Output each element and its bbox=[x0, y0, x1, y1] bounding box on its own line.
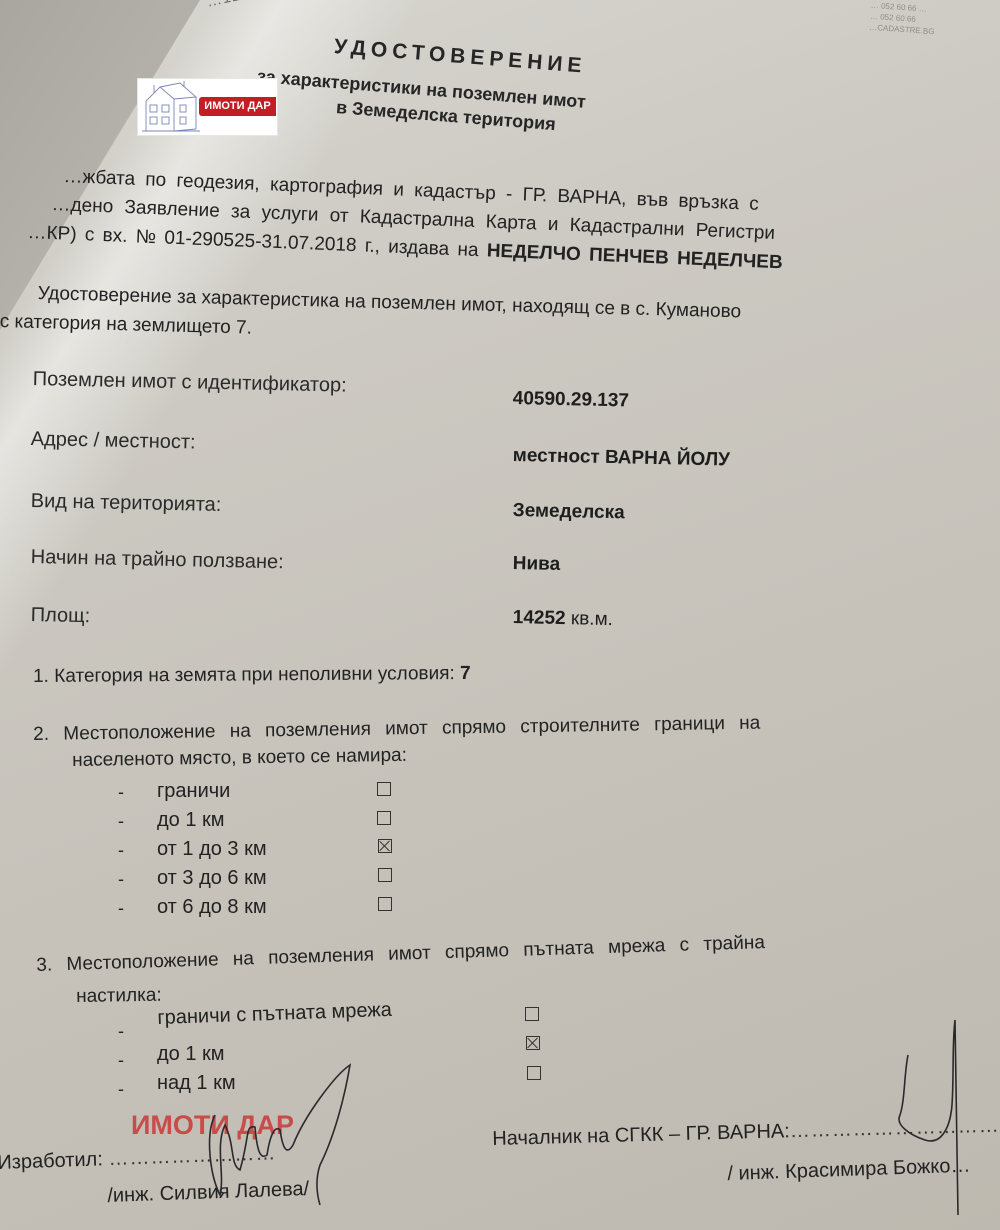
item-1-text: Категория на земята при неполивни услови… bbox=[54, 663, 455, 687]
option-label: от 6 до 8 км bbox=[157, 896, 267, 919]
field-value-territory: Земеделска bbox=[513, 500, 625, 524]
field-value-usage: Нива bbox=[513, 553, 561, 576]
field-label-territory: Вид на територията: bbox=[31, 490, 222, 517]
contact-info: … 052 60 66 … … 052 60 66 …CADASTRE.BG bbox=[869, 0, 936, 37]
checkbox-road-over-1km bbox=[527, 1066, 541, 1080]
checkbox-borders-road bbox=[525, 1007, 539, 1021]
item-2-number: 2. bbox=[33, 724, 49, 745]
checkbox-up-to-1km bbox=[377, 811, 391, 825]
bullet: - bbox=[118, 1079, 124, 1100]
house-sketch-icon bbox=[140, 81, 202, 133]
bullet: - bbox=[118, 869, 124, 890]
checkbox-6-to-8km bbox=[378, 897, 392, 911]
item-1: 1. Категория на земята при неполивни усл… bbox=[33, 663, 471, 688]
bullet: - bbox=[118, 1050, 124, 1071]
option-label: от 3 до 6 км bbox=[157, 867, 267, 890]
area-value: 14252 bbox=[513, 607, 566, 629]
field-value-address: местност ВАРНА ЙОЛУ bbox=[513, 445, 731, 472]
item-3-number: 3. bbox=[36, 955, 53, 976]
signature-prepared bbox=[195, 1055, 365, 1205]
bullet: - bbox=[118, 898, 124, 919]
item-1-value: 7 bbox=[460, 663, 471, 684]
field-value-area: 14252 кв.м. bbox=[513, 607, 614, 631]
checkbox-1-to-3km-checked bbox=[378, 839, 392, 853]
checkbox-3-to-6km bbox=[378, 868, 392, 882]
signature-head bbox=[880, 1015, 990, 1215]
area-unit: кв.м. bbox=[571, 608, 613, 630]
bullet: - bbox=[118, 840, 124, 861]
logo-brand-text: ИМОТИ ДАР bbox=[199, 97, 276, 116]
field-label-address: Адрес / местност: bbox=[31, 428, 196, 454]
bullet: - bbox=[118, 811, 124, 832]
imoti-dar-logo: ИМОТИ ДАР bbox=[137, 78, 278, 136]
bullet: - bbox=[118, 782, 124, 803]
prepared-by-label: Изработил: bbox=[0, 1148, 103, 1174]
option-label: до 1 км bbox=[157, 809, 225, 832]
item-3-line-2: настилка: bbox=[76, 985, 162, 1008]
field-value-identifier: 40590.29.137 bbox=[513, 388, 630, 412]
bullet: - bbox=[118, 1021, 124, 1042]
checkbox-borders bbox=[377, 782, 391, 796]
checkbox-road-up-to-1km-checked bbox=[526, 1036, 540, 1050]
field-label-area: Площ: bbox=[31, 604, 91, 628]
option-label: граничи bbox=[157, 780, 230, 803]
option-label: от 1 до 3 км bbox=[157, 838, 267, 861]
item-1-number: 1. bbox=[33, 666, 49, 687]
